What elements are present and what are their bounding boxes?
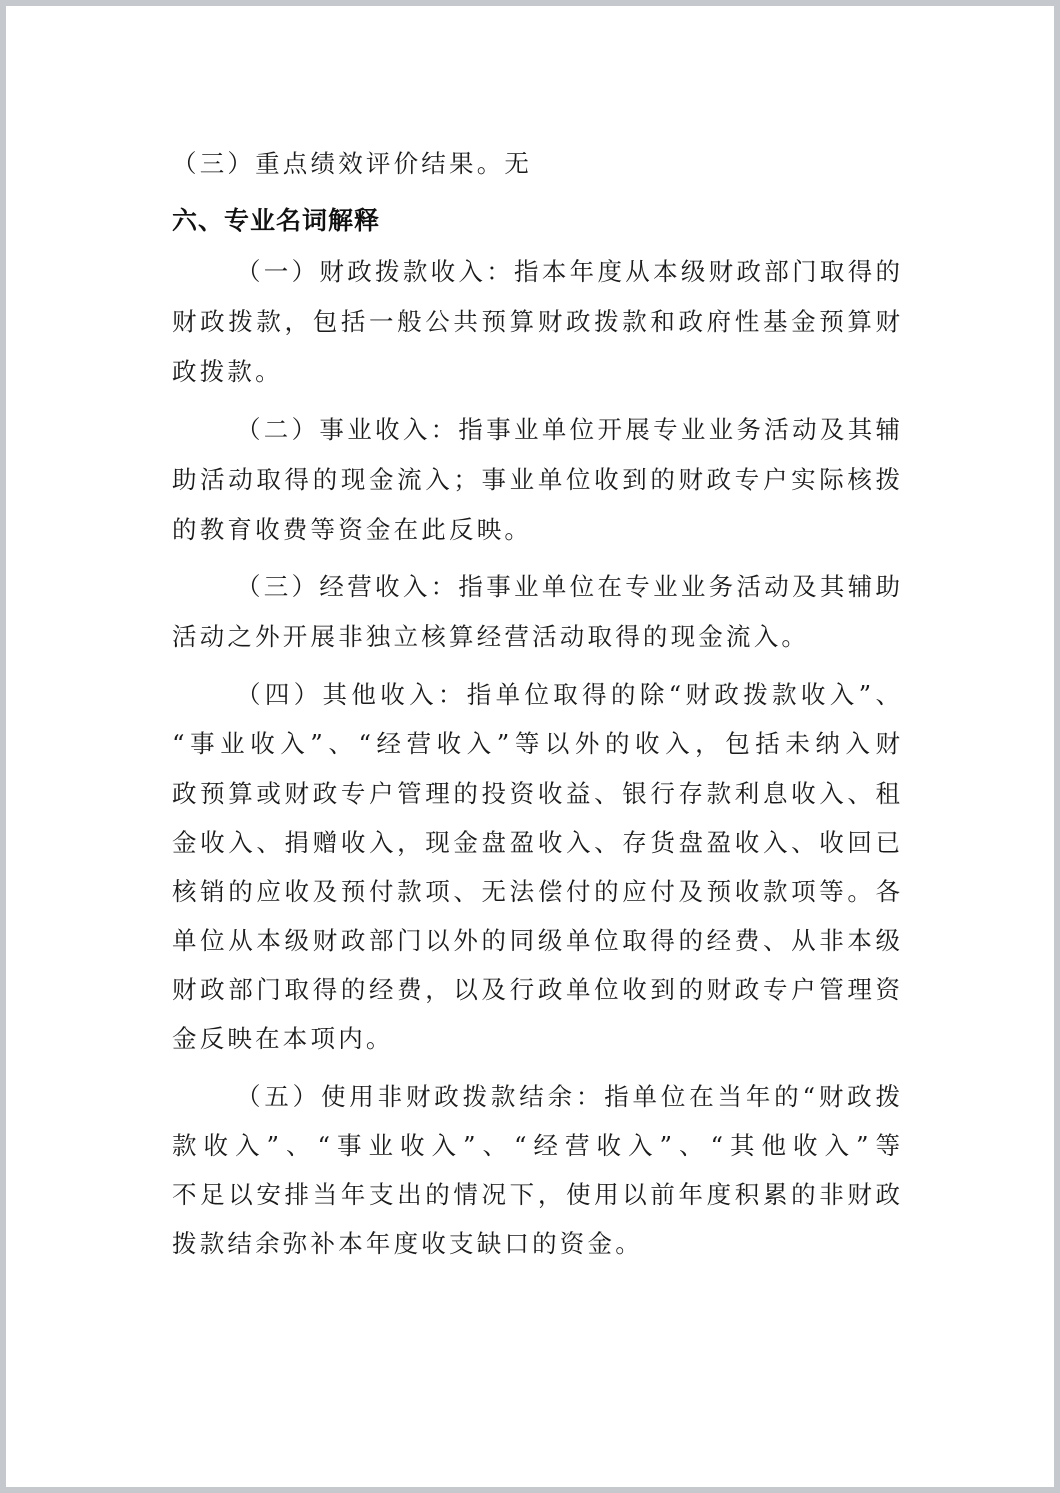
paragraph-line: 拨款结余弥补本年度收支缺口的资金。 — [172, 1229, 643, 1259]
key-performance-evaluation-result: （三）重点绩效评价结果。无 — [172, 149, 532, 179]
paragraph-line: 活动之外开展非独立核算经营活动取得的现金流入。 — [172, 622, 809, 652]
paragraph-line: 金收入、捐赠收入，现金盘盈收入、存货盘盈收入、收回已 — [172, 828, 900, 858]
paragraph-line: 财政拨款，包括一般公共预算财政拨款和政府性基金预算财 — [172, 307, 900, 337]
paragraph-line: 金反映在本项内。 — [172, 1024, 394, 1054]
paragraph-line: （二）事业收入：指事业单位开展专业业务活动及其辅 — [236, 415, 900, 445]
paragraph-line: （四）其他收入：指单位取得的除“财政拨款收入”、 — [236, 680, 900, 710]
paragraph-line: 核销的应收及预付款项、无法偿付的应付及预收款项等。各 — [172, 877, 900, 907]
paragraph-line: 政拨款。 — [172, 357, 283, 387]
paragraph-line: 单位从本级财政部门以外的同级单位取得的经费、从非本级 — [172, 926, 900, 956]
paragraph-line: （五）使用非财政拨款结余：指单位在当年的“财政拨 — [236, 1082, 900, 1112]
paragraph-line: 财政部门取得的经费，以及行政单位收到的财政专户管理资 — [172, 975, 900, 1005]
paragraph-line: 的教育收费等资金在此反映。 — [172, 515, 532, 545]
paragraph-line: 不足以安排当年支出的情况下，使用以前年度积累的非财政 — [172, 1180, 900, 1210]
paragraph-line: 款收入”、“事业收入”、“经营收入”、“其他收入”等 — [172, 1131, 900, 1161]
paragraph-line: （一）财政拨款收入：指本年度从本级财政部门取得的 — [236, 257, 900, 287]
document-page: （三）重点绩效评价结果。无 六、专业名词解释 （一）财政拨款收入：指本年度从本级… — [6, 6, 1054, 1487]
paragraph-line: （三）经营收入：指事业单位在专业业务活动及其辅助 — [236, 572, 900, 602]
paragraph-line: “事业收入”、“经营收入”等以外的收入，包括未纳入财 — [172, 729, 900, 759]
paragraph-line: 政预算或财政专户管理的投资收益、银行存款利息收入、租 — [172, 779, 900, 809]
section-heading-glossary: 六、专业名词解释 — [172, 206, 380, 236]
paragraph-line: 助活动取得的现金流入；事业单位收到的财政专户实际核拨 — [172, 465, 900, 495]
